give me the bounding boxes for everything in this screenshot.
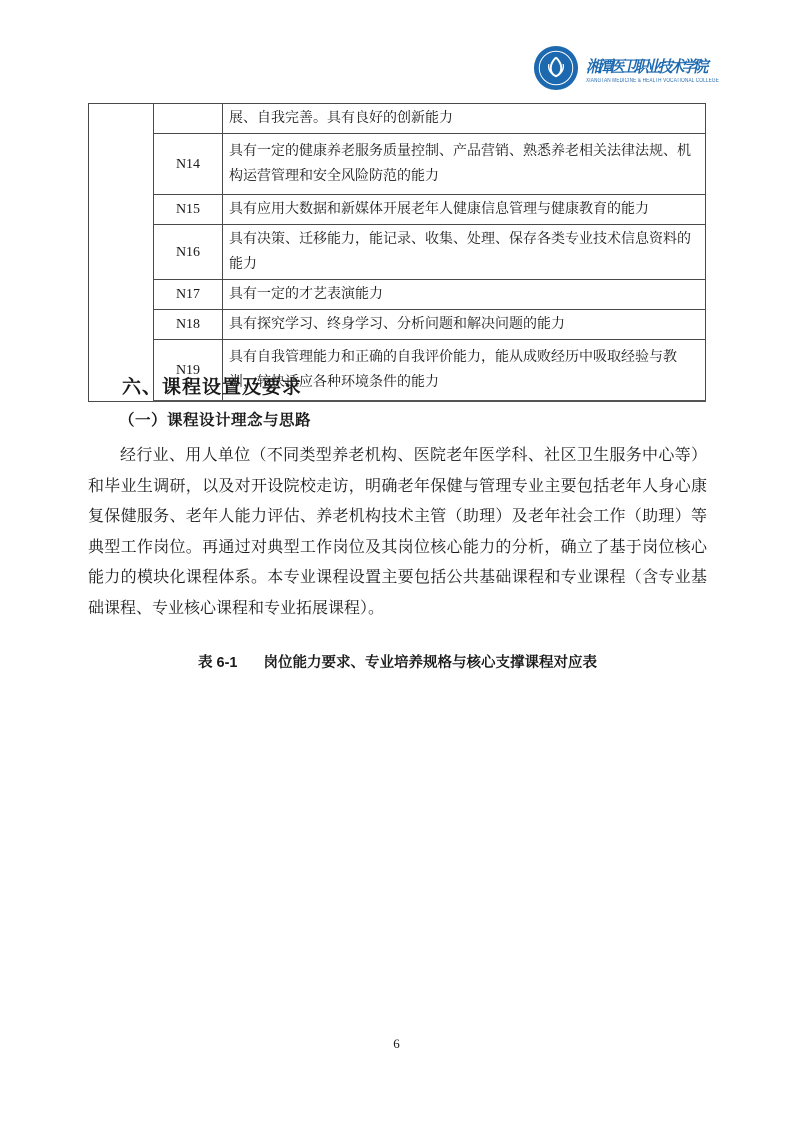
ability-code-cell: N18 [154, 310, 223, 340]
ability-text-cell: 具有一定的健康养老服务质量控制、产品营销、熟悉养老相关法律法规、机构运营管理和安… [223, 134, 706, 195]
section-subheading: （一）课程设计理念与思路 [119, 408, 311, 430]
table-caption-title: 岗位能力要求、专业培养规格与核心支撑课程对应表 [264, 655, 598, 671]
section-heading: 六、课程设置及要求 [122, 372, 302, 399]
table-row: 展、自我完善。具有良好的创新能力 [89, 104, 706, 134]
ability-text-cell: 具有探究学习、终身学习、分析问题和解决问题的能力 [223, 310, 706, 340]
college-name-en: XIANGTAN MEDICINE & HEALTH VOCATIONAL CO… [586, 78, 719, 84]
college-emblem-icon [533, 45, 579, 91]
college-name-zh: 湘潭医卫职业技术学院 [586, 54, 743, 77]
category-cell-blank [89, 104, 154, 402]
ability-text-cell: 具有一定的才艺表演能力 [223, 280, 706, 310]
ability-text-cell: 具有决策、迁移能力，能记录、收集、处理、保存各类专业技术信息资料的能力 [223, 225, 706, 280]
ability-code-cell: N16 [154, 225, 223, 280]
ability-requirements-table: 展、自我完善。具有良好的创新能力 N14 具有一定的健康养老服务质量控制、产品营… [88, 103, 706, 402]
college-logo: 湘潭医卫职业技术学院 XIANGTAN MEDICINE & HEALTH VO… [533, 45, 756, 91]
table-row: N17 具有一定的才艺表演能力 [89, 280, 706, 310]
document-page: 湘潭医卫职业技术学院 XIANGTAN MEDICINE & HEALTH VO… [0, 0, 793, 1122]
college-name-block: 湘潭医卫职业技术学院 XIANGTAN MEDICINE & HEALTH VO… [586, 52, 756, 84]
ability-code-cell: N15 [154, 195, 223, 225]
table-row: N16 具有决策、迁移能力，能记录、收集、处理、保存各类专业技术信息资料的能力 [89, 225, 706, 280]
table-row: N18 具有探究学习、终身学习、分析问题和解决问题的能力 [89, 310, 706, 340]
table-caption: 表 6-1岗位能力要求、专业培养规格与核心支撑课程对应表 [88, 651, 707, 672]
ability-code-cell: N17 [154, 280, 223, 310]
body-paragraph: 经行业、用人单位（不同类型养老机构、医院老年医学科、社区卫生服务中心等）和毕业生… [88, 441, 707, 624]
table-row: N14 具有一定的健康养老服务质量控制、产品营销、熟悉养老相关法律法规、机构运营… [89, 134, 706, 195]
page-number: 6 [0, 1036, 793, 1052]
table-row: N15 具有应用大数据和新媒体开展老年人健康信息管理与健康教育的能力 [89, 195, 706, 225]
ability-code-cell: N14 [154, 134, 223, 195]
table-caption-label: 表 6-1 [198, 655, 238, 671]
ability-text-cell: 具有应用大数据和新媒体开展老年人健康信息管理与健康教育的能力 [223, 195, 706, 225]
ability-code-cell [154, 104, 223, 134]
ability-text-cell: 展、自我完善。具有良好的创新能力 [223, 104, 706, 134]
